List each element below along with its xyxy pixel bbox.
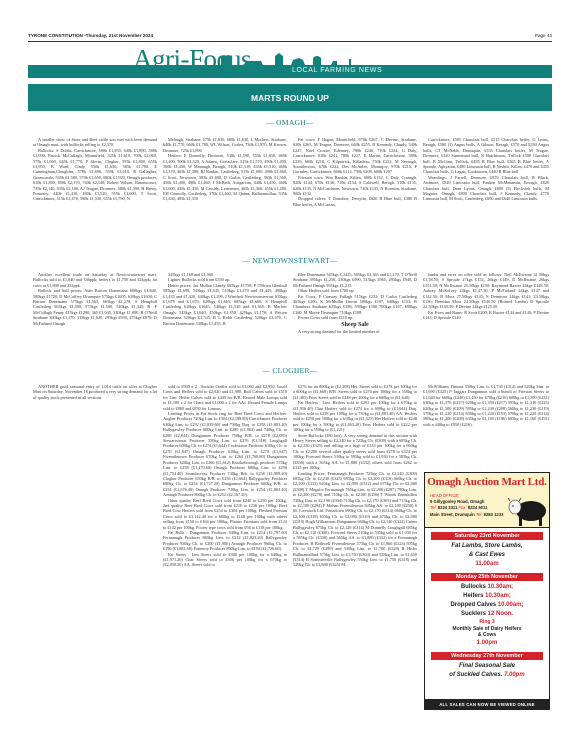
paragraph: sold to £900 x 2 . Suckler Outfits sold … <box>163 384 287 411</box>
clogher-column-2: sold to £900 x 2 . Suckler Outfits sold … <box>163 384 287 568</box>
omagh-column-2: Melaugh, Strabane, 575k £1,630, 660k £1,… <box>163 137 287 202</box>
paragraph: Heifer prices: Jas Mullan Clandy 665kgs … <box>163 283 287 326</box>
page-header: TYRONE CONSTITUTION -Thursday, 21st Nove… <box>28 30 552 42</box>
advert-header: Omagh Auction Mart Ltd. HEAD OFFICE: 5 G… <box>425 473 549 528</box>
clogher-column-3: £276 for an 800kg to (£2,208) Her. Steer… <box>293 384 417 568</box>
sale-day-heading: Wednesday 27th November <box>431 652 543 660</box>
advert-title: Omagh Auction Mart Ltd. <box>425 473 549 488</box>
sale-line: Final Seasonal Sale <box>425 662 549 671</box>
sale-line: Sucklers 12 Noon. <box>425 610 549 619</box>
paragraph: Weanlings: J Farrell, Dromore, £870 Char… <box>423 175 549 202</box>
paragraph: A smaller show of Store and Beef cattle … <box>33 137 157 148</box>
paragraph: Fat Cows; P Conway Pallagh 515kgs £232; … <box>293 294 417 316</box>
section-title-omagh: — OMAGH— <box>28 118 552 127</box>
masthead-tagline: LOCAL FARMING NEWS <box>292 67 382 74</box>
sale-line: & Cast Ewes <box>425 551 549 560</box>
paragraph: Another excellent trade on Saturday at N… <box>33 272 157 288</box>
sale-day-heading: Saturday 23rd November <box>431 532 543 540</box>
omagh-column-3: Fat cows: F Hagan, Mountfield, 670k £267… <box>293 137 417 207</box>
paragraph: Bullocks: S Dobbs, Carrickmore, 580k £1,… <box>33 148 157 202</box>
newtownstewart-column-1: Another excellent trade on Saturday at N… <box>33 272 157 326</box>
masthead-band <box>28 65 552 78</box>
sale-time: 1.00pm <box>425 639 549 648</box>
paragraph: lambs and ewes on offer sold as follows:… <box>423 272 549 310</box>
sheep-sale-heading: Sheep Sale <box>293 321 417 329</box>
paragraph: Heifers: E Donnelly, Dromore, 530k £1,59… <box>163 153 287 202</box>
advert-footer: ALL SALES CAN NOW BE VIEWED ONLINE <box>425 699 549 709</box>
section-title-newtownstewart: — NEWTOWNSTEWART— <box>28 256 552 265</box>
sale-day-heading: Monday 25th November <box>431 573 543 581</box>
branch-phone: 8283 1233 <box>484 512 504 517</box>
paragraph: A very strong demand for the limited num… <box>293 329 417 334</box>
phone-number: 8224 3311 <box>438 505 458 510</box>
paragraph: Fat Steers : Lim Steers sold to £308 per… <box>163 552 287 568</box>
paragraph: Dropped calves: T Donohoe, Derrylin, £62… <box>293 196 417 207</box>
paragraph: Carrickmore, £585 Charolais bull, £515 C… <box>423 137 549 175</box>
omagh-column-4: Carrickmore, £585 Charolais bull, £515 C… <box>423 137 549 202</box>
newtownstewart-column-3: Blee Donemana 545kgs £,1415, 505kgs £1,3… <box>293 272 417 334</box>
hereford-cow-icon <box>507 493 547 527</box>
paragraph: Blee Donemana 545kgs £,1415, 505kgs £1,3… <box>293 272 417 288</box>
head-office-details: HEAD OFFICE: 5 Gillygooley Road, Omagh T… <box>430 493 503 518</box>
paragraph: Leading Prices: Fermanagh Producer 725kg… <box>293 471 417 568</box>
sale-line: Heifers 10.30am; <box>425 592 549 601</box>
paragraph: Melaugh, Strabane, 575k £1,630, 660k £1,… <box>163 137 287 153</box>
sale-line: of Suckled Calves. 7.00pm <box>425 671 549 680</box>
page-number: Page 43 <box>535 33 552 38</box>
newtownstewart-column-2: 345kgs £1,160 and £1,060. Lighter Bulloc… <box>163 272 287 326</box>
paragraph: Leading Prices in Fat Stock ring for Bee… <box>163 411 287 498</box>
address: 5 Gillygooley Road, Omagh <box>430 499 484 504</box>
sale-line: Fat Lambs, Store Lambs, <box>425 542 549 551</box>
farm-skyline-icon <box>213 52 413 66</box>
clogher-column-1: ANOTHER good seasonal entry of 1,014 cat… <box>33 384 157 400</box>
publication-dateline: TYRONE CONSTITUTION -Thursday, 21st Nove… <box>28 33 153 38</box>
branch-address: Main Street, Drumquin <box>430 512 475 517</box>
paragraph: Fat Ewes and Rams: R Scott £200; R Baxte… <box>423 310 549 321</box>
paragraph: McWilliams Fintona 550kg Lim. to £1,730 … <box>423 384 549 427</box>
sale-time: 11.00am <box>425 560 549 569</box>
omagh-auction-mart-advert: Omagh Auction Mart Ltd. HEAD OFFICE: 5 G… <box>424 472 550 710</box>
agri-focus-masthead: Agri-Focus LOCAL FARMING NEWS <box>28 44 552 80</box>
omagh-column-1: A smaller show of Store and Beef cattle … <box>33 137 157 202</box>
paragraph: Other quality Beef Bred Cows sold from £… <box>163 498 287 530</box>
paragraph: Bullock and bull prices: Alan Britton Do… <box>33 288 157 326</box>
paragraph: Friesian cows: Wm Rankin, Killen, 600k £… <box>293 175 417 197</box>
paragraph: Fat Heifers : Lim. Heifers sold to £292 … <box>293 400 417 432</box>
newtownstewart-column-4: lambs and ewes on offer sold as follows:… <box>423 272 549 321</box>
sale-line: Dropped Calves 10.00am; <box>425 601 549 610</box>
clogher-column-4: McWilliams Fintona 550kg Lim. to £1,730 … <box>423 384 549 427</box>
sale-line: Bullocks 10.30am; <box>425 583 549 592</box>
fax-number: 8224 5011 <box>468 505 488 510</box>
paragraph: Fat Bulls : Dungannon Producer 840kg Lim… <box>163 530 287 552</box>
paragraph: ANOTHER good seasonal entry of 1,014 cat… <box>33 384 157 400</box>
paragraph: Fat cows: F Hagan, Mountfield, 670k £267… <box>293 137 417 175</box>
marts-round-up-banner: MARTS ROUND UP <box>28 84 552 111</box>
paragraph: £276 for an 800kg to (£2,208) Her. Steer… <box>293 384 417 400</box>
paragraph: Store Bullocks (180 lots): A very strong… <box>293 433 417 471</box>
section-title-clogher: — CLOGHER— <box>28 366 552 375</box>
